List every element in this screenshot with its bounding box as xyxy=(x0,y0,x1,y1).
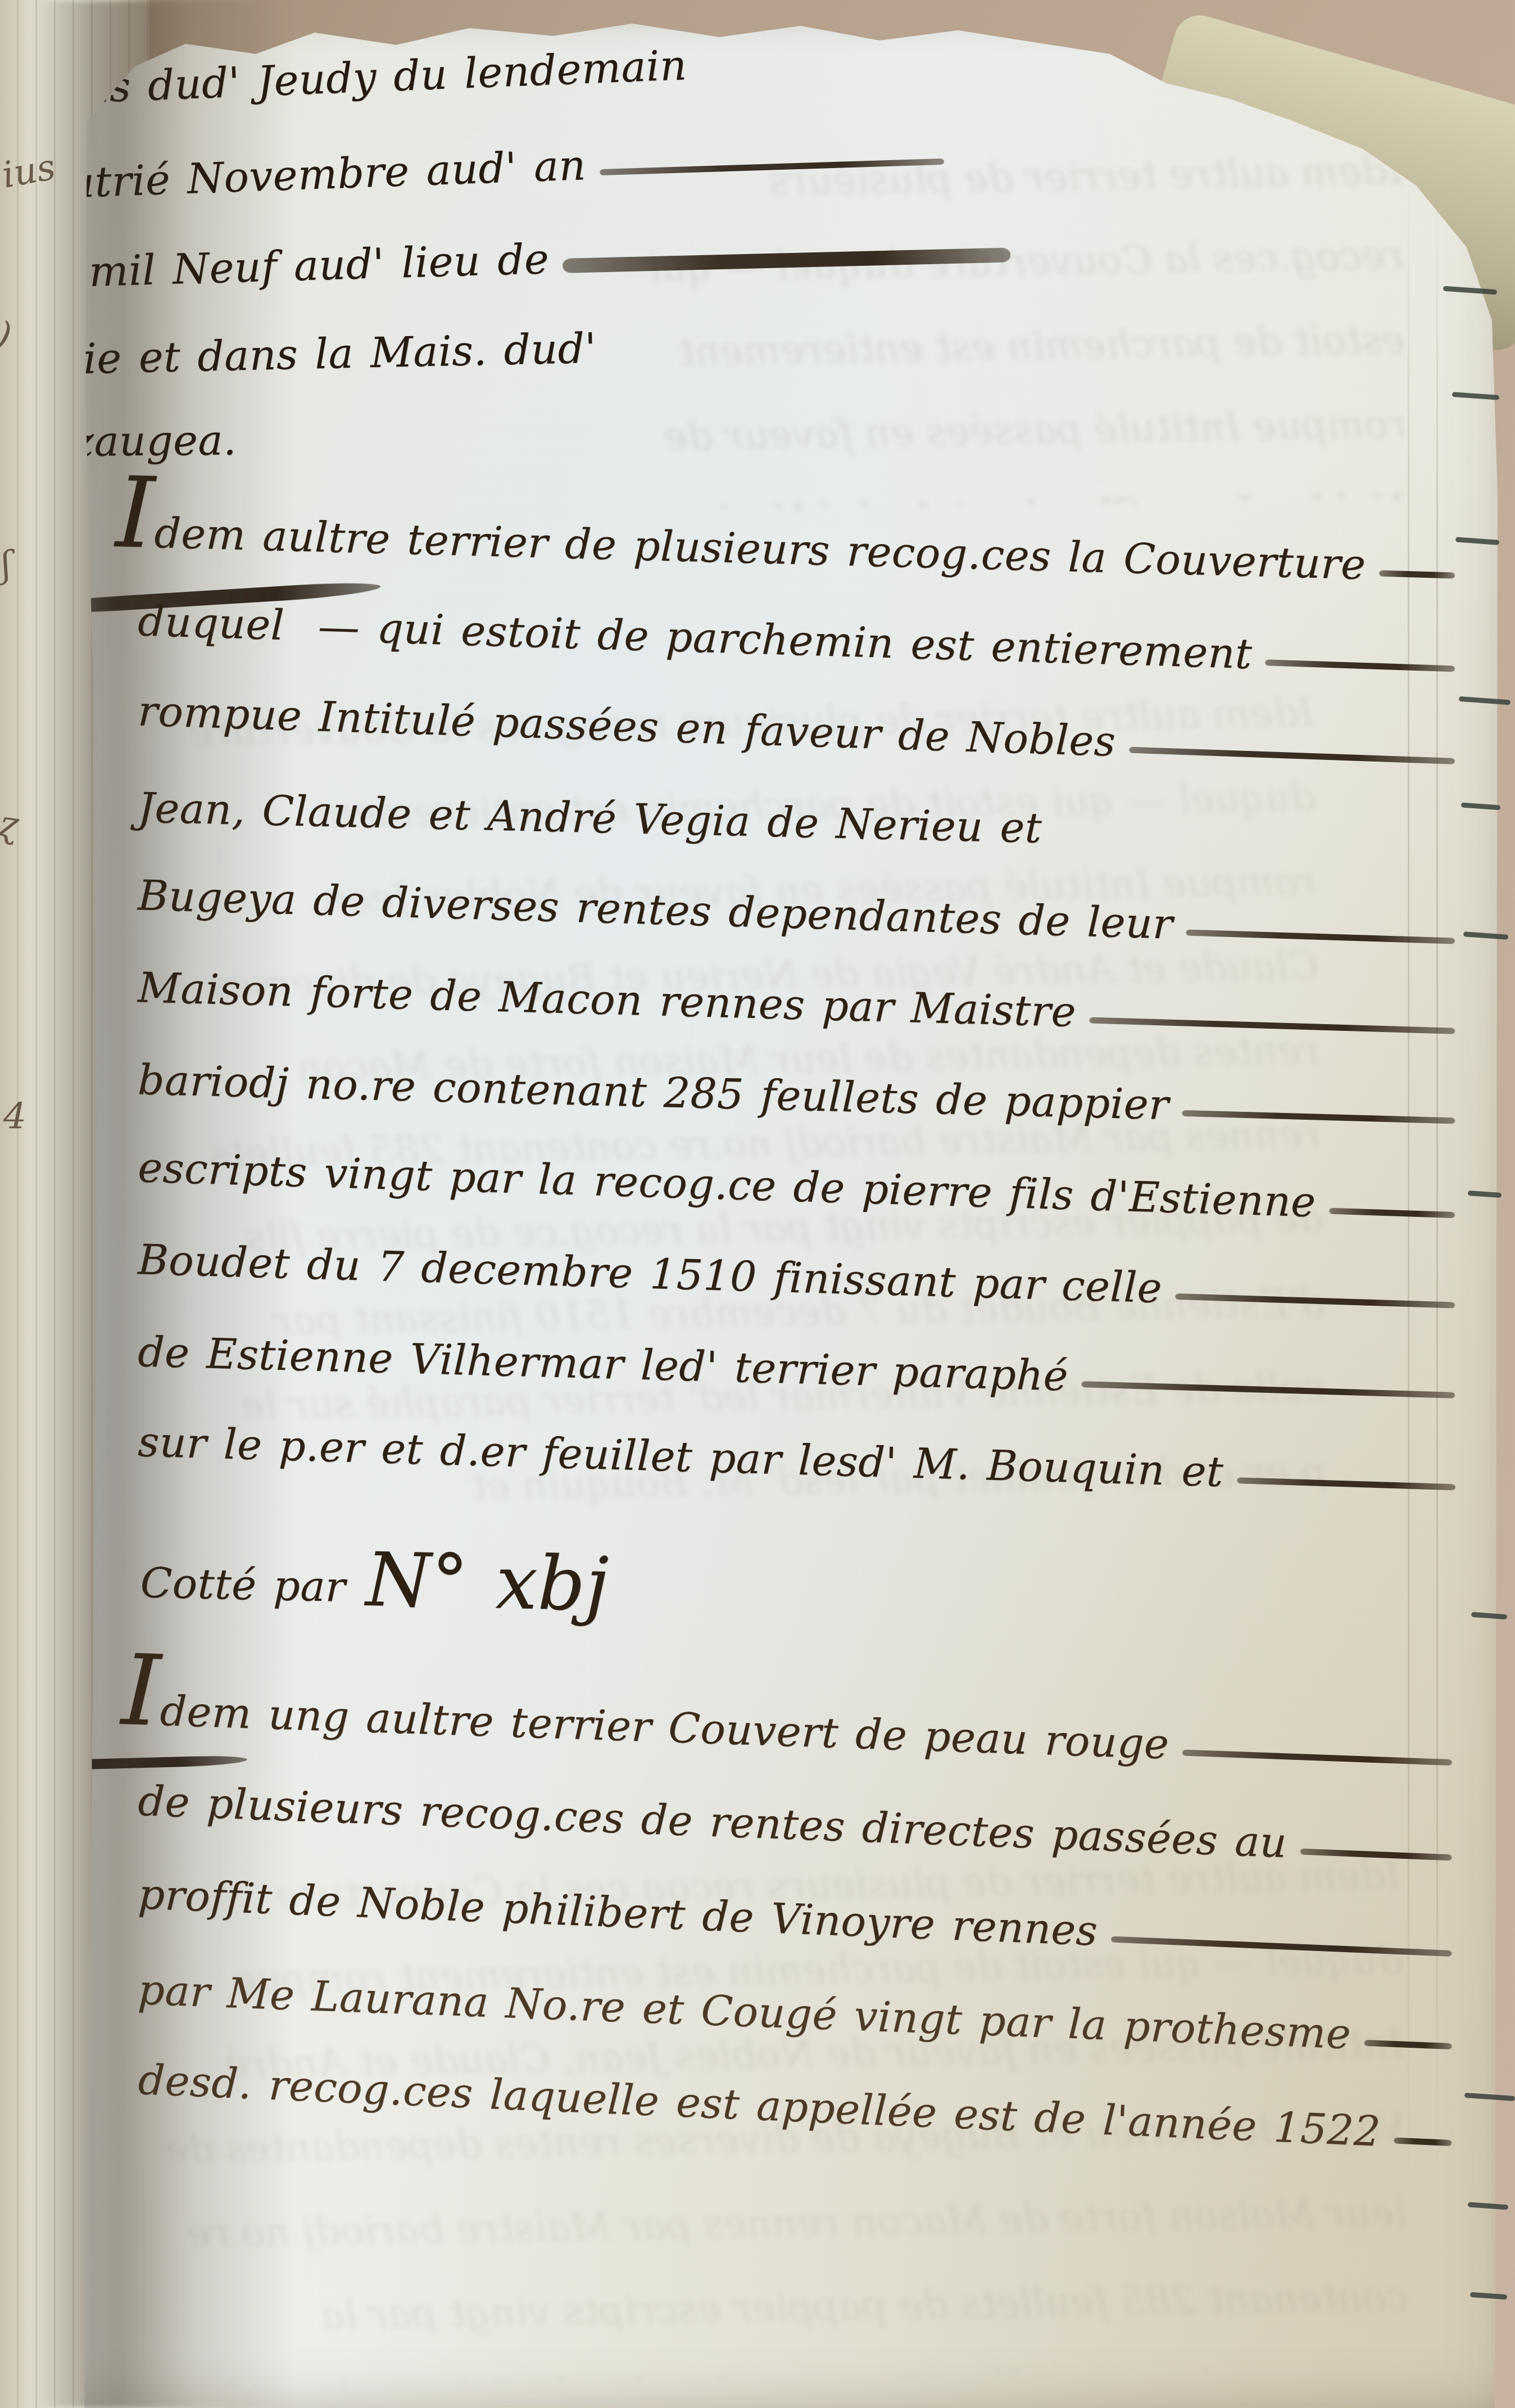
line-filler-dash xyxy=(1364,2039,1452,2049)
line-filler-dash xyxy=(563,247,1010,273)
margin-ink-fragment: 4 xyxy=(3,1096,26,1138)
paper-fold-line xyxy=(1408,169,1409,2192)
cote-label: Cotté par xyxy=(140,1559,346,1612)
line-filler-dash xyxy=(1175,1293,1455,1308)
line-filler-dash xyxy=(1081,1381,1455,1398)
line-filler-dash xyxy=(1129,746,1455,764)
line-filler-dash xyxy=(1110,1936,1452,1956)
paper-fold-line xyxy=(1436,169,1438,2192)
line-filler-dash xyxy=(1394,2137,1452,2146)
line-filler-dash xyxy=(1329,1207,1455,1217)
line-filler-dash xyxy=(1089,1017,1455,1034)
line-filler-dash xyxy=(1300,1848,1452,1861)
line-filler-dash xyxy=(600,158,944,175)
manuscript-line-cote: Cotté par N° xbj xyxy=(139,1528,610,1624)
line-filler-dash xyxy=(1182,1110,1455,1124)
line-filler-dash xyxy=(1182,1749,1452,1766)
line-filler-dash xyxy=(1237,1477,1455,1490)
line-filler-dash xyxy=(1265,659,1455,672)
line-filler-dash xyxy=(1186,929,1455,944)
manuscript-page: Idem aultre terrier de plusieurs recog.c… xyxy=(0,0,1515,2408)
manuscript-photo: Idem aultre terrier de plusieurs recog.c… xyxy=(0,0,1515,2408)
line-filler-dash xyxy=(1379,570,1455,578)
cote-number: N° xbj xyxy=(365,1537,610,1628)
